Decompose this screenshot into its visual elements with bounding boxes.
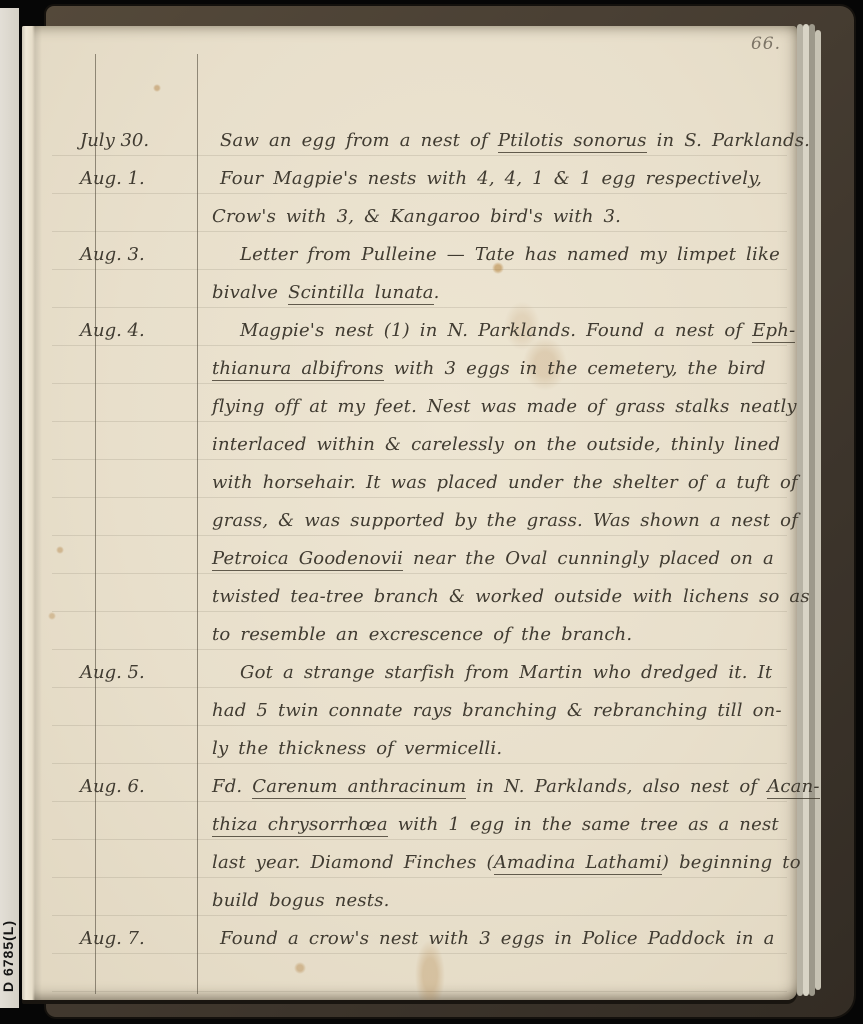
text-line: Crow's with 3, & Kangaroo bird's with 3.	[212, 198, 791, 236]
text-segment: .	[434, 282, 440, 303]
text-line: grass, & was supported by the grass. Was…	[212, 502, 791, 540]
text-segment: Saw an egg from a nest of	[220, 130, 498, 151]
text-segment: Fd.	[212, 776, 252, 797]
text-segment: ly the thickness of vermicelli.	[212, 738, 502, 759]
journal-entry: Aug. 1.Four Magpie's nests with 4, 4, 1 …	[22, 160, 791, 236]
entry-text: Magpie's nest (1) in N. Parklands. Found…	[212, 312, 791, 654]
text-segment: with 3 eggs in the cemetery, the bird	[384, 358, 766, 379]
species-name: Carenum anthracinum	[252, 776, 466, 799]
text-line: thiza chrysorrhœa with 1 egg in the same…	[212, 806, 791, 844]
journal-page: 66. July 30.Saw an egg from a nest of Pt…	[22, 26, 797, 1000]
text-line: Fd. Carenum anthracinum in N. Parklands,…	[212, 768, 791, 806]
text-segment: flying off at my feet. Nest was made of …	[212, 396, 797, 417]
archive-label: D 6785(L)	[0, 920, 19, 992]
text-segment: with horsehair. It was placed under the …	[212, 472, 798, 493]
text-segment: to resemble an excrescence of the branch…	[212, 624, 632, 645]
text-segment: had 5 twin connate rays branching & rebr…	[212, 700, 782, 721]
species-name: thiza chrysorrhœa	[212, 814, 388, 837]
text-line: build bogus nests.	[212, 882, 791, 920]
text-segment: in S. Parklands.	[647, 130, 810, 151]
text-segment: last year. Diamond Finches (	[212, 852, 494, 873]
entry-date: Aug. 1.	[80, 160, 145, 198]
diary-scan: 66. July 30.Saw an egg from a nest of Pt…	[0, 0, 863, 1024]
species-name: Amadina Lathami	[494, 852, 662, 875]
species-name: Ptilotis sonorus	[498, 130, 647, 153]
text-segment: Crow's with 3, & Kangaroo bird's with 3.	[212, 206, 621, 227]
text-line: flying off at my feet. Nest was made of …	[212, 388, 791, 426]
entry-text: Saw an egg from a nest of Ptilotis sonor…	[212, 122, 791, 160]
text-segment: Found a crow's nest with 3 eggs in Polic…	[220, 928, 775, 949]
text-segment: ) beginning to	[662, 852, 801, 873]
entry-text: Four Magpie's nests with 4, 4, 1 & 1 egg…	[212, 160, 791, 236]
text-line: to resemble an excrescence of the branch…	[212, 616, 791, 654]
entry-date: Aug. 7.	[80, 920, 145, 958]
entry-text: Got a strange starfish from Martin who d…	[212, 654, 791, 768]
journal-entry: Aug. 5.Got a strange starfish from Marti…	[22, 654, 791, 768]
entries: July 30.Saw an egg from a nest of Ptilot…	[22, 122, 791, 958]
text-segment: with 1 egg in the same tree as a nest	[388, 814, 779, 835]
text-line: Saw an egg from a nest of Ptilotis sonor…	[212, 122, 791, 160]
text-line: Got a strange starfish from Martin who d…	[212, 654, 791, 692]
text-segment: Letter from Pulleine — Tate has named my…	[240, 244, 780, 265]
text-line: Magpie's nest (1) in N. Parklands. Found…	[212, 312, 791, 350]
species-name: thianura albifrons	[212, 358, 384, 381]
text-segment: near the Oval cunningly placed on a	[403, 548, 774, 569]
entry-date: Aug. 4.	[80, 312, 145, 350]
text-line: thianura albifrons with 3 eggs in the ce…	[212, 350, 791, 388]
species-name: Scintilla lunata	[288, 282, 434, 305]
species-name: Petroica Goodenovii	[212, 548, 403, 571]
journal-entry: Aug. 6.Fd. Carenum anthracinum in N. Par…	[22, 768, 791, 920]
text-segment: build bogus nests.	[212, 890, 390, 911]
entry-date: Aug. 6.	[80, 768, 145, 806]
text-segment: in N. Parklands, also nest of	[466, 776, 767, 797]
entry-date: Aug. 5.	[80, 654, 145, 692]
text-line: Found a crow's nest with 3 eggs in Polic…	[212, 920, 791, 958]
text-segment: twisted tea-tree branch & worked outside…	[212, 586, 810, 607]
entry-date: July 30.	[80, 122, 149, 160]
text-line: bivalve Scintilla lunata.	[212, 274, 791, 312]
journal-entry: Aug. 3.Letter from Pulleine — Tate has n…	[22, 236, 791, 312]
text-segment: bivalve	[212, 282, 288, 303]
text-segment: Four Magpie's nests with 4, 4, 1 & 1 egg…	[220, 168, 762, 189]
text-line: Four Magpie's nests with 4, 4, 1 & 1 egg…	[212, 160, 791, 198]
text-line: last year. Diamond Finches (Amadina Lath…	[212, 844, 791, 882]
species-name: Acan-	[767, 776, 820, 799]
text-segment: Got a strange starfish from Martin who d…	[240, 662, 772, 683]
text-segment: Magpie's nest (1) in N. Parklands. Found…	[240, 320, 752, 341]
entry-text: Found a crow's nest with 3 eggs in Polic…	[212, 920, 791, 958]
text-line: ly the thickness of vermicelli.	[212, 730, 791, 768]
journal-entry: July 30.Saw an egg from a nest of Ptilot…	[22, 122, 791, 160]
journal-entry: Aug. 7.Found a crow's nest with 3 eggs i…	[22, 920, 791, 958]
text-segment: grass, & was supported by the grass. Was…	[212, 510, 798, 531]
text-segment: interlaced within & carelessly on the ou…	[212, 434, 780, 455]
journal-entry: Aug. 4.Magpie's nest (1) in N. Parklands…	[22, 312, 791, 654]
entry-date: Aug. 3.	[80, 236, 145, 274]
text-line: twisted tea-tree branch & worked outside…	[212, 578, 791, 616]
text-line: had 5 twin connate rays branching & rebr…	[212, 692, 791, 730]
page-stack-edge	[815, 30, 821, 990]
species-name: Eph-	[752, 320, 795, 343]
text-line: Letter from Pulleine — Tate has named my…	[212, 236, 791, 274]
page-number: 66.	[751, 34, 781, 54]
entry-text: Fd. Carenum anthracinum in N. Parklands,…	[212, 768, 791, 920]
entry-text: Letter from Pulleine — Tate has named my…	[212, 236, 791, 312]
archive-strip: D 6785(L)	[0, 8, 19, 1008]
text-line: with horsehair. It was placed under the …	[212, 464, 791, 502]
text-line: Petroica Goodenovii near the Oval cunnin…	[212, 540, 791, 578]
text-line: interlaced within & carelessly on the ou…	[212, 426, 791, 464]
